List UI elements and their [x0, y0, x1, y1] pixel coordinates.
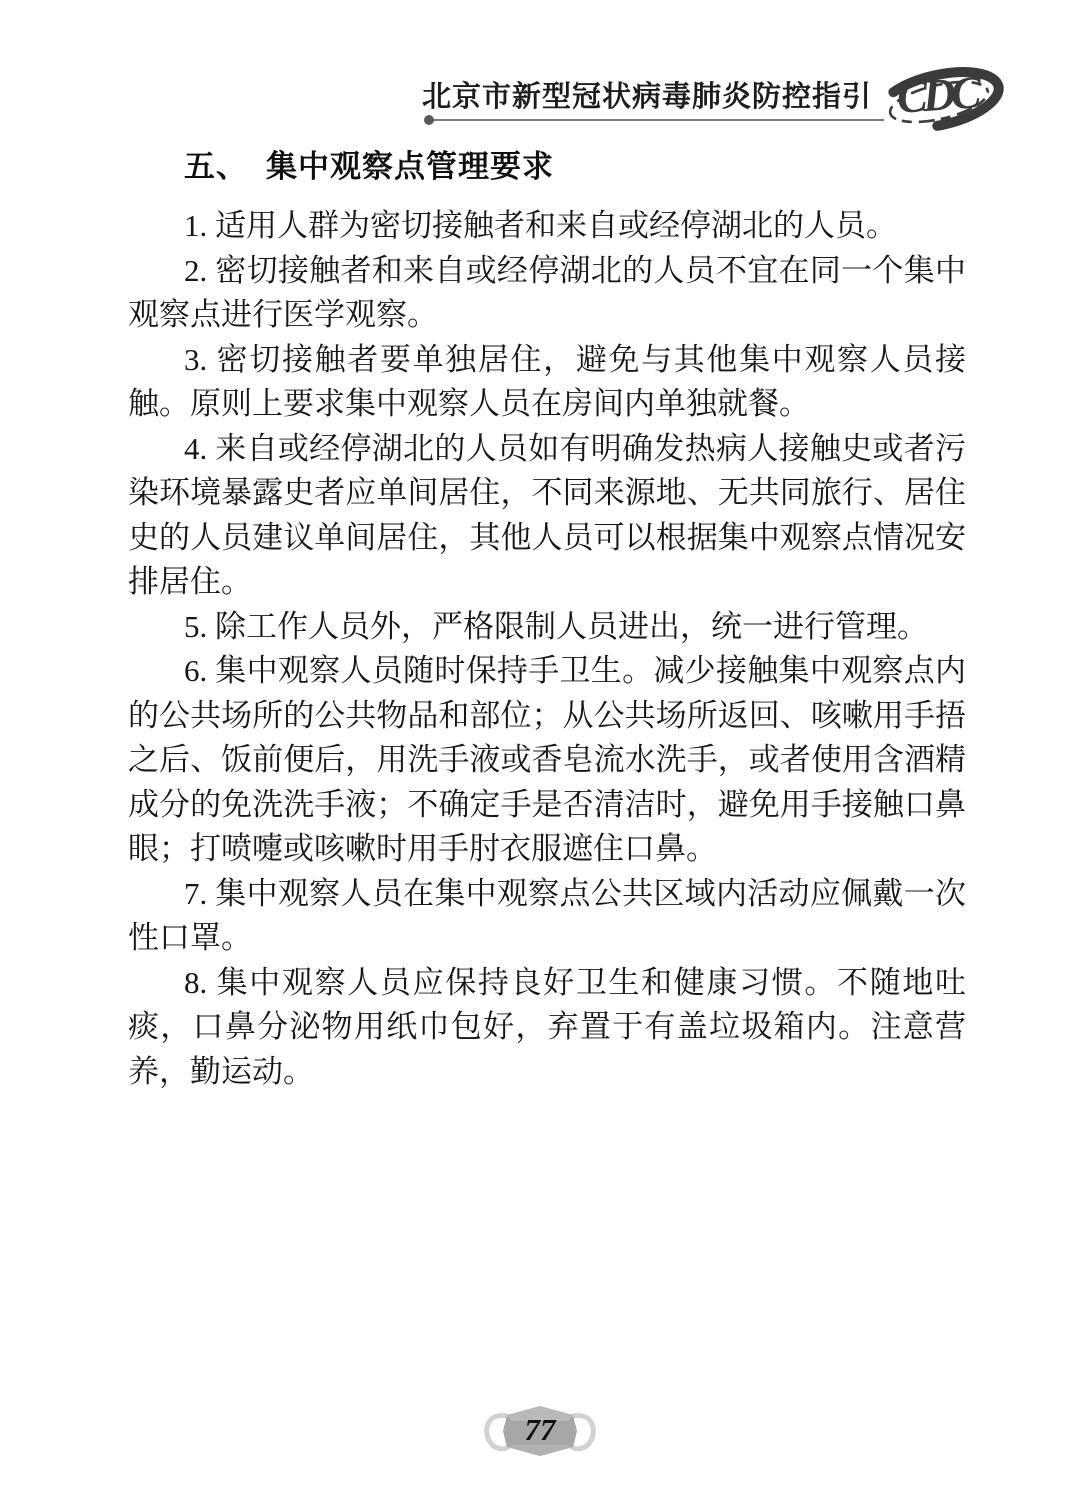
paragraph-7: 7. 集中观察人员在集中观察点公共区域内活动应佩戴一次性口罩。 [128, 872, 966, 961]
document-body: 五、集中观察点管理要求 1. 适用人群为密切接触者和来自或经停湖北的人员。 2.… [128, 146, 966, 1094]
paragraph-6: 6. 集中观察人员随时保持手卫生。减少接触集中观察点内的公共场所的公共物品和部位… [128, 649, 966, 872]
section-title: 集中观察点管理要求 [266, 149, 554, 184]
page-number: 77 [525, 1412, 556, 1448]
page-number-badge: 77 [477, 1400, 603, 1464]
header-rule [428, 119, 884, 121]
document-page: 北京市新型冠状病毒肺炎防控指引 CDC 五、集中观察点管理要求 1. 适用人群为… [0, 0, 1080, 1504]
paragraph-3: 3. 密切接触者要单独居住，避免与其他集中观察人员接触。原则上要求集中观察人员在… [128, 338, 966, 427]
section-heading: 五、集中观察点管理要求 [184, 146, 966, 188]
paragraph-1: 1. 适用人群为密切接触者和来自或经停湖北的人员。 [128, 204, 966, 249]
paragraph-4: 4. 来自或经停湖北的人员如有明确发热病人接触史或者污染环境暴露史者应单间居住，… [128, 427, 966, 605]
cdc-logo-icon: CDC [869, 52, 1014, 142]
paragraph-2: 2. 密切接触者和来自或经停湖北的人员不宜在同一个集中观察点进行医学观察。 [128, 249, 966, 338]
cdc-logo-text: CDC [895, 66, 984, 123]
paragraph-8: 8. 集中观察人员应保持良好卫生和健康习惯。不随地吐痰，口鼻分泌物用纸巾包好，弃… [128, 961, 966, 1095]
section-number: 五、 [184, 149, 248, 184]
header-title: 北京市新型冠状病毒肺炎防控指引 [422, 74, 872, 115]
header-rule-dot [424, 115, 434, 125]
paragraph-5: 5. 除工作人员外，严格限制人员进出，统一进行管理。 [128, 605, 966, 650]
